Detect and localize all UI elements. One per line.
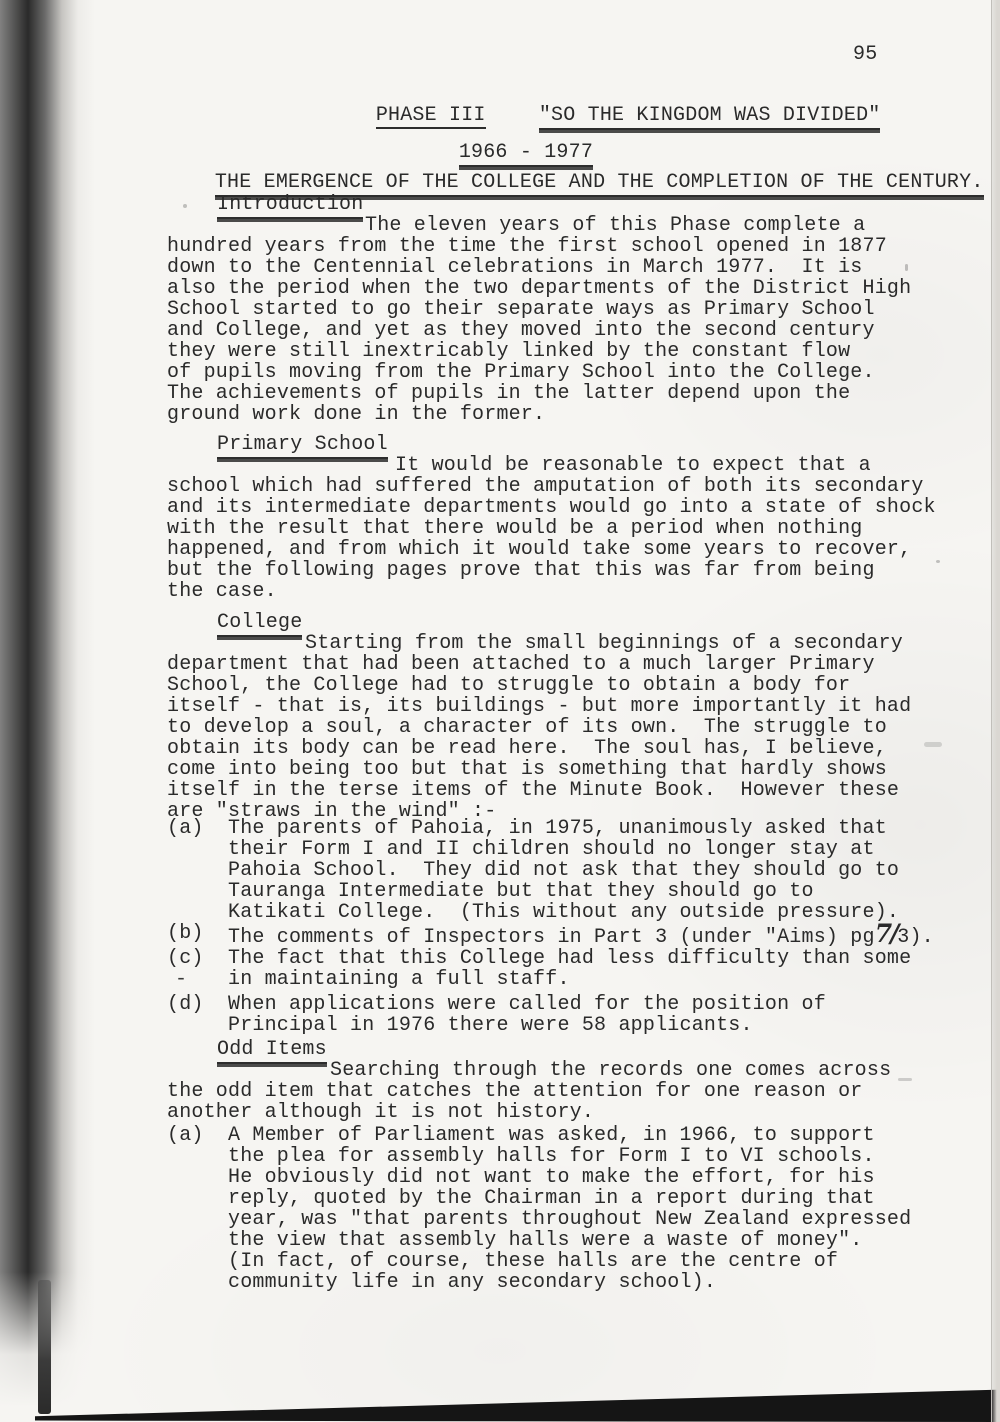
- text-line: The achievements of pupils in the latter…: [167, 383, 977, 404]
- list-item: (b) The comments of Inspectors in Part 3…: [167, 923, 977, 948]
- page-number: 95: [853, 44, 877, 65]
- book-gutter-shadow: [0, 0, 95, 1422]
- text-line: their Form I and II children should no l…: [228, 839, 977, 860]
- text-line: and College, and yet as they moved into …: [167, 320, 977, 341]
- text-line: in maintaining a full staff.: [228, 969, 977, 990]
- text-line: another although it is not history.: [167, 1102, 977, 1123]
- scan-noise-smudge: [924, 742, 942, 747]
- text-line: Tauranga Intermediate but that they shou…: [228, 881, 977, 902]
- bottom-scan-edge: [0, 1386, 1000, 1422]
- text-line: but the following pages prove that this …: [167, 560, 977, 581]
- list-item: (a) A Member of Parliament was asked, in…: [167, 1125, 977, 1293]
- text-line: School started to go their separate ways…: [167, 299, 977, 320]
- scan-noise-dot: [183, 204, 187, 208]
- text-line: happened, and from which it would take s…: [167, 539, 977, 560]
- text-line: ground work done in the former.: [167, 404, 977, 425]
- text-line: hundred years from the time the first sc…: [167, 236, 977, 257]
- handwritten-page-ref: 7/: [875, 919, 898, 948]
- text-line: school which had suffered the amputation…: [167, 476, 977, 497]
- text-line: reply, quoted by the Chairman in a repor…: [228, 1188, 977, 1209]
- section-heading-college: College: [167, 612, 977, 633]
- text-line: department that had been attached to a m…: [167, 654, 977, 675]
- text-line: A Member of Parliament was asked, in 196…: [228, 1125, 977, 1146]
- text-line: Pahoia School. They did not ask that the…: [228, 860, 977, 881]
- list-item: (c) - The fact that this College had les…: [167, 948, 977, 990]
- text-line: with the result that there would be a pe…: [167, 518, 977, 539]
- text-line: School, the College had to struggle to o…: [167, 675, 977, 696]
- text-line: the plea for assembly halls for Form I t…: [228, 1146, 977, 1167]
- section-heading-introduction: Introduction: [167, 194, 977, 215]
- section-heading-primary-school: Primary School: [167, 434, 977, 455]
- list-item-label: (b): [167, 923, 204, 944]
- margin-dash-mark: -: [175, 969, 187, 990]
- text-line: year, was "that parents throughout New Z…: [228, 1209, 977, 1230]
- text-line: The comments of Inspectors in Part 3 (un…: [228, 923, 977, 948]
- list-item: (d) When applications were called for th…: [167, 994, 977, 1036]
- text-segment: 3).: [897, 926, 934, 949]
- college-evidence-list: (a) The parents of Pahoia, in 1975, unan…: [167, 818, 977, 1036]
- text-line: itself in the terse items of the Minute …: [167, 780, 977, 801]
- list-item-label: (c): [167, 948, 204, 969]
- list-item-label: (a): [167, 1125, 204, 1146]
- list-item: (a) The parents of Pahoia, in 1975, unan…: [167, 818, 977, 923]
- scan-noise-dot: [905, 264, 908, 271]
- scan-noise-dot: [868, 1212, 872, 1216]
- text-line: of pupils moving from the Primary School…: [167, 362, 977, 383]
- text-line: He obviously did not want to make the ef…: [228, 1167, 977, 1188]
- text-line: Katikati College. (This without any outs…: [228, 902, 977, 923]
- page-spine-edge: [38, 1280, 51, 1414]
- text-line: community life in any secondary school).: [228, 1272, 977, 1293]
- text-line: they were still inextricably linked by t…: [167, 341, 977, 362]
- odd-items-list: (a) A Member of Parliament was asked, in…: [167, 1125, 977, 1293]
- document-body: Introduction The eleven years of this Ph…: [167, 194, 977, 1293]
- text-line: The parents of Pahoia, in 1975, unanimou…: [228, 818, 977, 839]
- scanned-document-page: 95 PHASE III "SO THE KINGDOM WAS DIVIDED…: [0, 0, 1000, 1422]
- scan-noise-smudge: [898, 1078, 912, 1081]
- text-line: the odd item that catches the attention …: [167, 1081, 977, 1102]
- list-item-label: (a): [167, 818, 204, 839]
- text-line: and its intermediate departments would g…: [167, 497, 977, 518]
- text-line: (In fact, of course, these halls are the…: [228, 1251, 977, 1272]
- text-segment: The comments of Inspectors in Part 3 (un…: [228, 926, 875, 949]
- text-line: When applications were called for the po…: [228, 994, 977, 1015]
- right-page-edge: [991, 0, 1000, 1422]
- section-heading-odd-items: Odd Items: [167, 1039, 977, 1060]
- text-line: to develop a soul, a character of its ow…: [167, 717, 977, 738]
- list-item-label: (d): [167, 994, 204, 1015]
- text-line: obtain its body can be read here. The so…: [167, 738, 977, 759]
- text-line: down to the Centennial celebrations in M…: [167, 257, 977, 278]
- text-line: Principal in 1976 there were 58 applican…: [228, 1015, 977, 1036]
- text-line: the case.: [167, 581, 977, 602]
- text-line: the view that assembly halls were a wast…: [228, 1230, 977, 1251]
- text-line: itself - that is, its buildings - but mo…: [167, 696, 977, 717]
- text-line: come into being too but that is somethin…: [167, 759, 977, 780]
- text-line: The fact that this College had less diff…: [228, 948, 977, 969]
- text-line: also the period when the two departments…: [167, 278, 977, 299]
- scan-noise-dot: [936, 560, 940, 563]
